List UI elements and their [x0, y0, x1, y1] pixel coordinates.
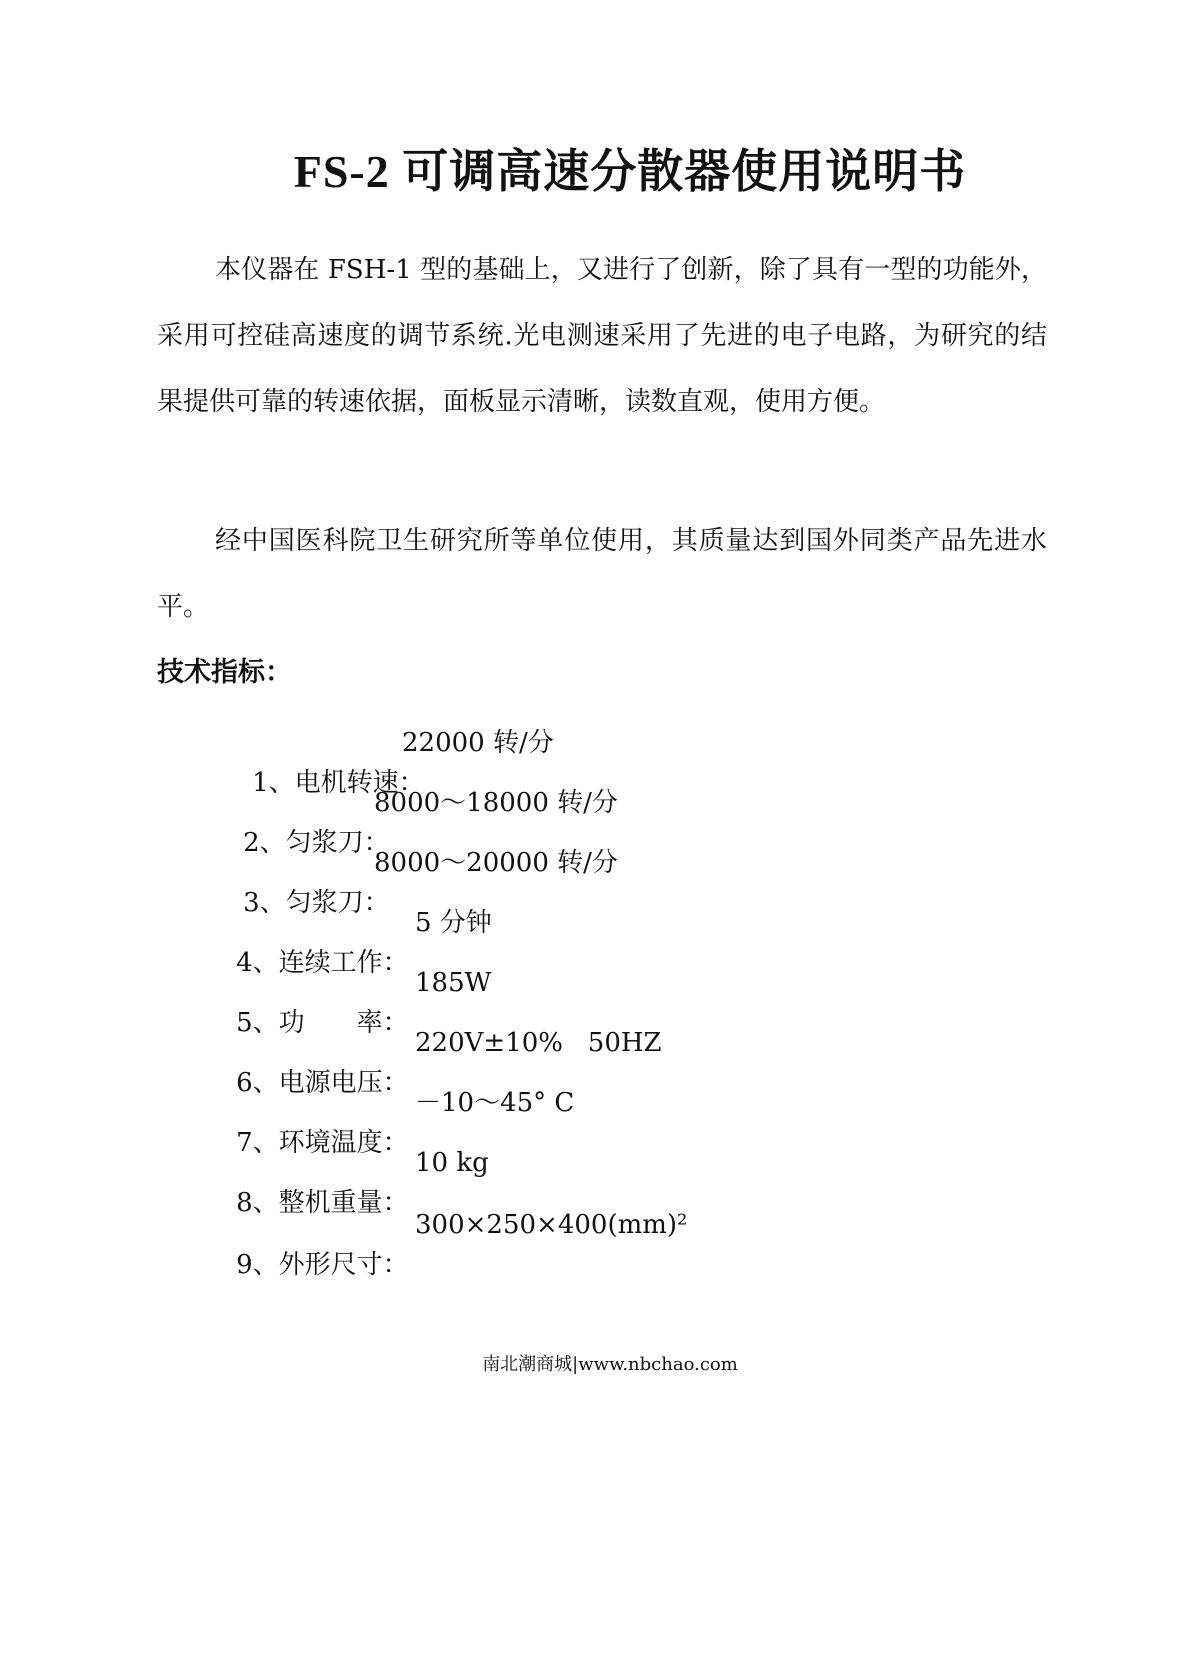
intro-paragraph: 本仪器在 FSH-1 型的基础上，又进行了创新，除了具有一型的功能外，采用可控硅…: [157, 237, 1047, 435]
footer-watermark: 南北潮商城|www.nbchao.com: [0, 1350, 1200, 1376]
document-title: FS-2 可调高速分散器使用说明书: [0, 135, 1200, 201]
spec-item-voltage: 6、电源电压： 220V±10% 50HZ: [203, 1023, 409, 1063]
spec-label: 9、外形尺寸：: [236, 1245, 409, 1285]
spec-value: 8000～20000 转/分: [374, 843, 618, 883]
spec-value: 5 分钟: [415, 903, 492, 943]
specs-heading: 技术指标：: [157, 650, 292, 689]
spec-item-weight: 8、整机重量： 10 kg: [203, 1143, 409, 1183]
spec-item-homogenizer-2: 3、匀浆刀： 8000～20000 转/分: [210, 843, 390, 883]
spec-value: 8000～18000 转/分: [374, 783, 618, 823]
spec-value: 220V±10% 50HZ: [415, 1023, 662, 1063]
spec-value: 185W: [415, 963, 491, 1003]
spec-item-homogenizer-1: 2、匀浆刀： 8000～18000 转/分: [210, 783, 390, 823]
spec-value: 10 kg: [415, 1143, 489, 1183]
spec-item-temperature: 7、环境温度： －10～45° C: [203, 1083, 409, 1123]
spec-item-continuous-work: 4、连续工作： 5 分钟: [203, 903, 409, 943]
spec-item-power: 5、功 率： 185W: [203, 963, 409, 1003]
usage-paragraph: 经中国医科院卫生研究所等单位使用，其质量达到国外同类产品先进水平。: [157, 508, 1047, 640]
spec-item-dimensions: 9、外形尺寸： 300×250×400(mm)²: [203, 1205, 409, 1245]
spec-item-motor-speed: 1、电机转速： 22000 转/分: [219, 723, 425, 763]
spec-value: －10～45° C: [415, 1083, 574, 1123]
spec-value: 22000 转/分: [402, 723, 554, 763]
spec-value: 300×250×400(mm)²: [415, 1205, 687, 1245]
